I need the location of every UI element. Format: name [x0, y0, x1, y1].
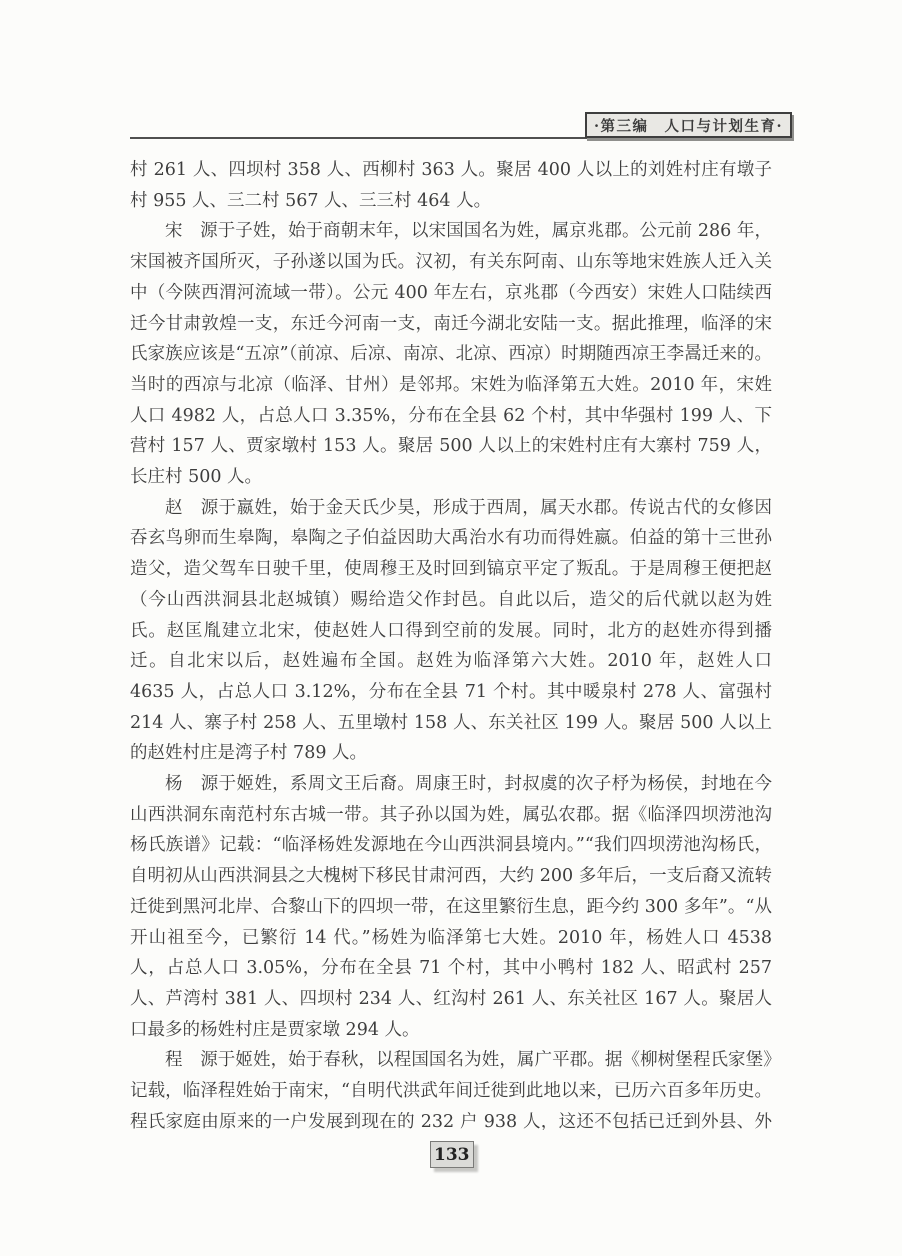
page-body-text: 村 261 人、四坝村 358 人、西柳村 363 人。聚居 400 人以上的刘…: [130, 155, 772, 1130]
paragraph-surname-song: 宋 源于子姓，始于商朝末年，以宋国国名为姓，属京兆郡。公元前 286 年，宋国被…: [130, 216, 772, 492]
paragraph-surname-cheng: 程 源于姬姓，始于春秋，以程国国名为姓，属广平郡。据《柳树堡程氏家堡》记载，临泽…: [130, 1045, 772, 1130]
paragraph-liu-villages-continuation: 村 261 人、四坝村 358 人、西柳村 363 人。聚居 400 人以上的刘…: [130, 155, 772, 216]
paragraph-surname-yang: 杨 源于姬姓，系周文王后裔。周康王时，封叔虞的次子杼为杨侯，封地在今山西洪洞东南…: [130, 769, 772, 1045]
page-number-badge: 133: [430, 1141, 474, 1168]
paragraph-surname-zhao: 赵 源于嬴姓，始于金天氏少昊，形成于西周，属天水郡。传说古代的女修因吞玄鸟卵而生…: [130, 493, 772, 769]
section-header-label: ·第三编 人口与计划生育·: [594, 115, 783, 136]
page-number-label: 133: [434, 1145, 470, 1165]
section-header-box: ·第三编 人口与计划生育·: [585, 112, 792, 138]
book-page: ·第三编 人口与计划生育· 村 261 人、四坝村 358 人、西柳村 363 …: [0, 0, 902, 1256]
